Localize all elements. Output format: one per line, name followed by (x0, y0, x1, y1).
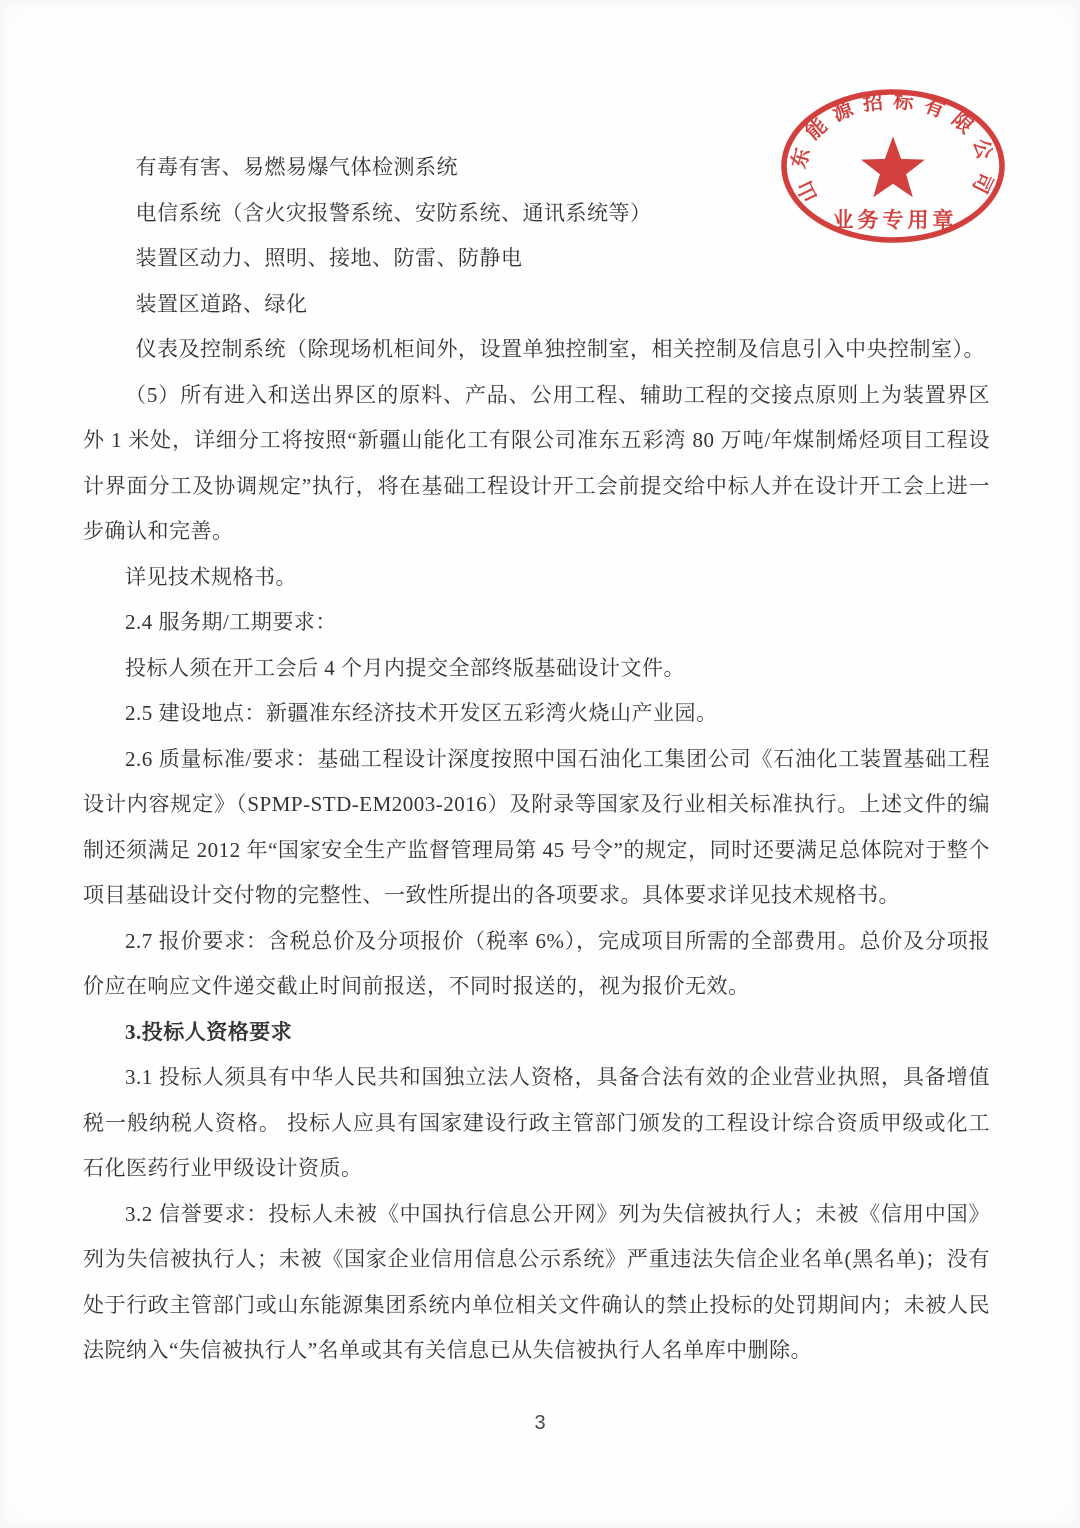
para-2-7-quotation: 2.7 报价要求：含税总价及分项报价（税率 6%），完成项目所需的全部费用。总价… (83, 919, 990, 1010)
para-5-battery-limits: （5）所有进入和送出界区的原料、产品、公用工程、辅助工程的交接点原则上为装置界区… (83, 373, 990, 555)
list-plant-roads: 装置区道路、绿化 (83, 282, 990, 328)
document-page: 有毒有害、易燃易爆气体检测系统 电信系统（含火灾报警系统、安防系统、通讯系统等）… (0, 0, 1080, 1528)
para-2-5-location: 2.5 建设地点：新疆准东经济技术开发区五彩湾火烧山产业园。 (83, 691, 990, 737)
document-body: 有毒有害、易燃易爆气体检测系统 电信系统（含火灾报警系统、安防系统、通讯系统等）… (83, 145, 990, 1374)
para-3-1-legal-person: 3.1 投标人须具有中华人民共和国独立法人资格，具备合法有效的企业营业执照，具备… (83, 1055, 990, 1192)
para-2-4-body: 投标人须在开工会后 4 个月内提交全部终版基础设计文件。 (83, 646, 990, 692)
para-2-6-quality: 2.6 质量标准/要求：基础工程设计深度按照中国石油化工集团公司《石油化工装置基… (83, 737, 990, 919)
heading-3-qualification: 3.投标人资格要求 (83, 1010, 990, 1056)
list-instrument-control: 仪表及控制系统（除现场机柜间外，设置单独控制室，相关控制及信息引入中央控制室）。 (83, 327, 990, 373)
official-stamp: 山东能源招标有限公司 业务专用章 (778, 84, 1008, 244)
para-3-2-credit: 3.2 信誉要求：投标人未被《中国执行信息公开网》列为失信被执行人；未被《信用中… (83, 1192, 990, 1374)
page-number: 3 (0, 1412, 1080, 1435)
star-icon (861, 136, 925, 197)
para-2-4-heading: 2.4 服务期/工期要求： (83, 600, 990, 646)
para-see-spec: 详见技术规格书。 (83, 555, 990, 601)
stamp-bottom-text: 业务专用章 (833, 208, 958, 232)
